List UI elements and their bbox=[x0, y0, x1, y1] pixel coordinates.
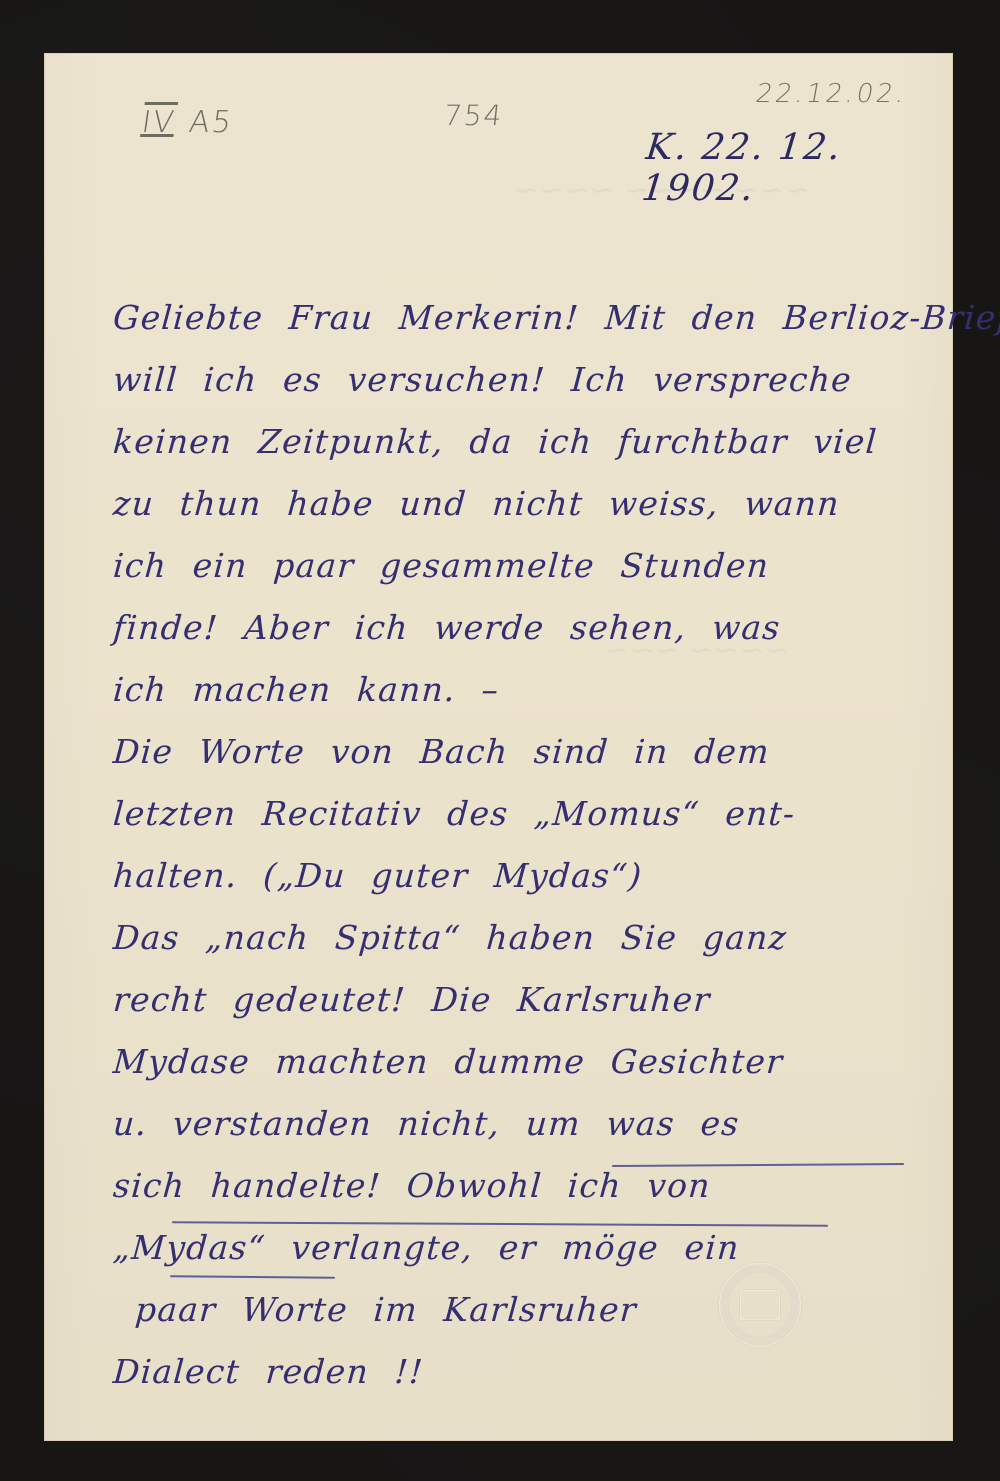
letter-line: u. verstanden nicht, um was es bbox=[112, 1081, 946, 1143]
letter-line: will ich es versuchen! Ich verspreche bbox=[112, 337, 946, 399]
embossed-seal-icon bbox=[719, 1263, 801, 1347]
letter-line: ich ein paar gesammelte Stunden bbox=[112, 523, 946, 585]
archive-date: 22.12.02. bbox=[753, 79, 909, 109]
letter-page: ~~~ ~~~~ ~~~~ ~~~~ ~~~ IVA5 754 22.12.02… bbox=[44, 53, 953, 1441]
letter-line: ich machen kann. – bbox=[112, 647, 946, 709]
letter-line: sich handelte! Obwohl ich von bbox=[112, 1143, 946, 1205]
letter-line: keinen Zeitpunkt, da ich furchtbar viel bbox=[112, 399, 946, 461]
letter-place-date: K. 22. 12. 1902. bbox=[640, 127, 958, 209]
letter-line: „Mydas“ verlangte, er möge ein bbox=[112, 1205, 946, 1267]
letter-line: recht gedeutet! Die Karlsruher bbox=[112, 957, 946, 1019]
letter-line: finde! Aber ich werde sehen, was bbox=[112, 585, 946, 647]
letter-line: letzten Recitativ des „Momus“ ent- bbox=[112, 771, 946, 833]
letter-line: Das „nach Spitta“ haben Sie ganz bbox=[112, 895, 946, 957]
archive-signature-code: A5 bbox=[187, 105, 236, 140]
letter-line: halten. („Du guter Mydas“) bbox=[112, 833, 946, 895]
letter-line: Geliebte Frau Merkerin! Mit den Berlioz-… bbox=[112, 275, 946, 337]
item-number: 754 bbox=[442, 99, 505, 132]
embossed-seal-center bbox=[740, 1290, 780, 1320]
letter-line: Dialect reden !! bbox=[112, 1329, 946, 1391]
letter-line: Die Worte von Bach sind in dem bbox=[112, 709, 946, 771]
letter-line: zu thun habe und nicht weiss, wann bbox=[112, 461, 946, 523]
letter-line: Mydase machten dumme Gesichter bbox=[112, 1019, 946, 1081]
archive-signature: IVA5 bbox=[140, 105, 236, 140]
archive-signature-roman: IV bbox=[140, 105, 178, 140]
